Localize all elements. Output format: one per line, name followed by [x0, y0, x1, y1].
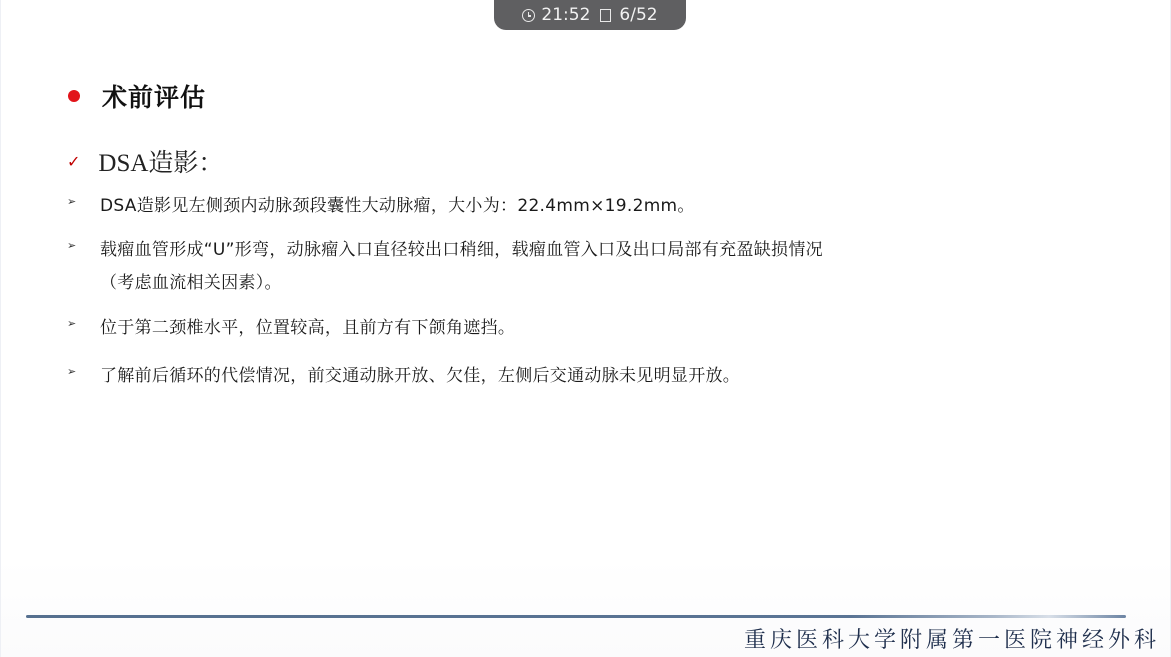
bullet-text-line-1: 载瘤血管形成“U”形弯，动脉瘤入口直径较出口稍细，载瘤血管入口及出口局部有充盈缺…	[100, 240, 823, 260]
bullet-text: 了解前后循环的代偿情况，前交通动脉开放、欠佳，左侧后交通动脉未见明显开放。	[100, 360, 1100, 393]
list-item: ➢ 载瘤血管形成“U”形弯，动脉瘤入口直径较出口稍细，载瘤血管入口及出口局部有充…	[67, 234, 1100, 300]
arrow-bullet-icon: ➢	[67, 234, 81, 258]
subheading-text: DSA造影：	[98, 143, 223, 179]
red-bullet-icon	[68, 90, 80, 102]
bullet-text: 载瘤血管形成“U”形弯，动脉瘤入口直径较出口稍细，载瘤血管入口及出口局部有充盈缺…	[100, 234, 1100, 300]
arrow-bullet-icon: ➢	[67, 360, 81, 384]
footer-institution: 重庆医科大学附属第一医院神经外科	[744, 623, 1160, 654]
slide-heading: 术前评估	[68, 78, 206, 114]
list-item: ➢ 位于第二颈椎水平，位置较高，且前方有下颌角遮挡。	[67, 312, 1100, 345]
arrow-bullet-icon: ➢	[67, 190, 81, 214]
presentation-status-bar: 21:52 6/52	[494, 0, 686, 30]
bullet-text: DSA造影见左侧颈内动脉颈段囊性大动脉瘤，大小为：22.4mm×19.2mm。	[100, 190, 1100, 223]
arrow-bullet-icon: ➢	[67, 312, 81, 336]
page-counter: 6/52	[619, 5, 657, 25]
footer-divider	[26, 615, 1126, 618]
bullet-text: 位于第二颈椎水平，位置较高，且前方有下颌角遮挡。	[100, 312, 1100, 345]
bullet-text-line-2: （考虑血流相关因素）。	[100, 273, 282, 293]
list-item: ➢ DSA造影见左侧颈内动脉颈段囊性大动脉瘤，大小为：22.4mm×19.2mm…	[67, 190, 1100, 223]
slide-subheading: ✓ DSA造影：	[67, 143, 223, 179]
slide-canvas: 21:52 6/52 术前评估 ✓ DSA造影： ➢ DSA造影见左侧颈内动脉颈…	[0, 0, 1171, 657]
checkmark-icon: ✓	[67, 152, 80, 171]
heading-text: 术前评估	[102, 78, 206, 114]
clock-icon	[522, 9, 535, 22]
elapsed-time: 21:52	[541, 5, 590, 25]
page-icon	[600, 9, 611, 22]
list-item: ➢ 了解前后循环的代偿情况，前交通动脉开放、欠佳，左侧后交通动脉未见明显开放。	[67, 360, 1100, 393]
